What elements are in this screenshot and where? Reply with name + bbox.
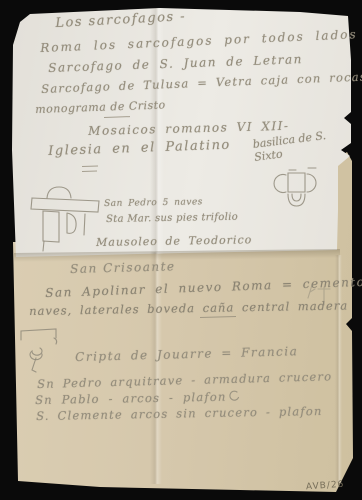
trefoil-chapel-plan-sketch — [255, 162, 340, 220]
altar-elevation-sketch — [29, 185, 104, 252]
handwritten-line: Mausoleo de Teodorico — [96, 233, 252, 249]
handwritten-line: San Crisoante — [70, 259, 176, 276]
catalog-number: AVB/26 — [306, 480, 345, 493]
handwritten-line: Sta Mar. sus pies trifolio — [106, 212, 238, 225]
pencil-margin-marks — [306, 282, 332, 310]
photographed-manuscript: Los sarcofagos - Roma los sarcofagos por… — [0, 0, 362, 500]
small-circle-mark — [226, 389, 240, 403]
lintel-and-scroll-sketch — [18, 326, 63, 374]
handwritten-line: San Pedro 5 naves — [104, 197, 203, 209]
